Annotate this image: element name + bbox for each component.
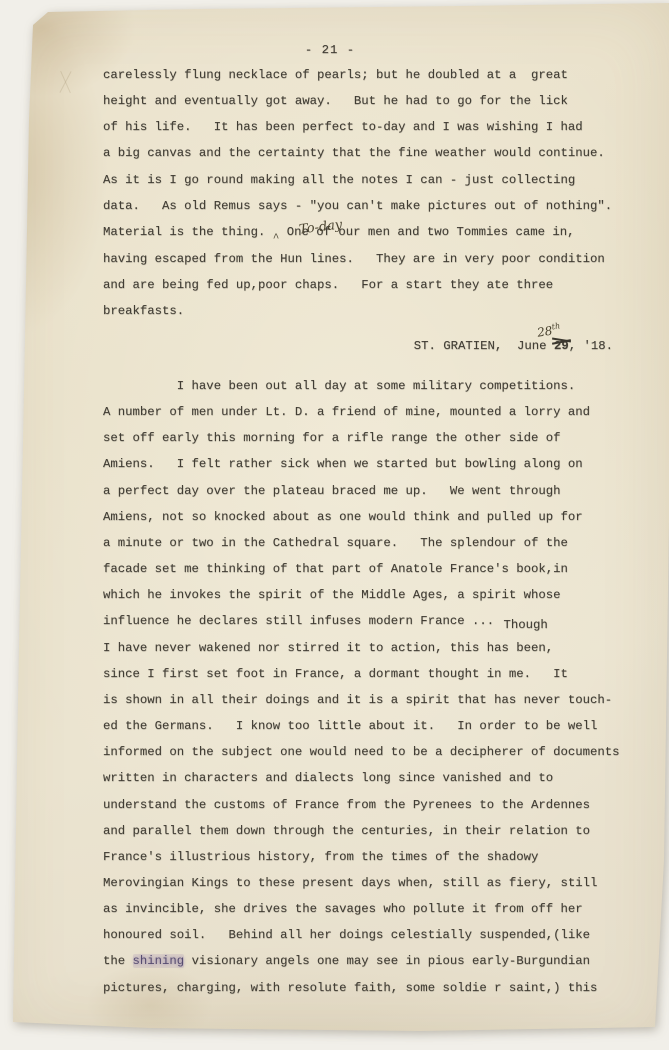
paper-crease-mark <box>58 70 74 94</box>
typed-line: A number of men under Lt. D. a friend of… <box>103 399 620 425</box>
typed-line: and are being fed up,poor chaps. For a s… <box>103 272 612 298</box>
typed-line: ed the Germans. I know too little about … <box>103 713 620 739</box>
text-span: Material is the thing. <box>103 225 273 239</box>
text-span: the <box>103 954 133 968</box>
typed-line: which he invokes the spirit of the Middl… <box>103 582 620 608</box>
typed-line: As it is I go round making all the notes… <box>103 167 612 193</box>
paragraph-two: I have been out all day at some military… <box>103 373 620 1001</box>
typed-line: informed on the subject one would need t… <box>103 739 620 765</box>
typed-line: height and eventually got away. But he h… <box>103 88 612 114</box>
typed-line: as invincible, she drives the savages wh… <box>103 896 620 922</box>
typed-line: Material is the thing. ^ One of our men … <box>103 219 612 246</box>
typed-line: of his life. It has been perfect to-day … <box>103 114 612 140</box>
page-number: - 21 - <box>0 43 660 57</box>
scanned-page: - 21 - carelessly flung necklace of pear… <box>0 0 669 1050</box>
typed-line: Amiens. I felt rather sick when we start… <box>103 451 620 477</box>
typed-line: France's illustrious history, from the t… <box>103 844 620 870</box>
typed-line: and parallel them down through the centu… <box>103 818 620 844</box>
text-span: influence he declares still infuses mode… <box>103 614 501 628</box>
typed-line: having escaped from the Hun lines. They … <box>103 246 612 272</box>
typed-line: is shown in all their doings and it is a… <box>103 687 620 713</box>
dateline: ST. GRATIEN, June 29, '18. <box>103 333 613 359</box>
shifted-word: Though <box>503 618 547 632</box>
typed-line: I have been out all day at some military… <box>103 373 620 399</box>
typed-line: facade set me thinking of that part of A… <box>103 556 620 582</box>
typed-line: Merovingian Kings to these present days … <box>103 870 620 896</box>
typed-line: carelessly flung necklace of pearls; but… <box>103 62 612 88</box>
text-span: ST. GRATIEN, June <box>414 339 554 353</box>
typed-line: understand the customs of France from th… <box>103 792 620 818</box>
paragraph-one: carelessly flung necklace of pearls; but… <box>103 62 612 325</box>
typed-line: pictures, charging, with resolute faith,… <box>103 975 620 1001</box>
typed-line: a minute or two in the Cathedral square.… <box>103 530 620 556</box>
typed-line: breakfasts. <box>103 298 612 324</box>
text-span: visionary angels one may see in pious ea… <box>184 954 590 968</box>
ink-smudged-word: shining <box>133 954 185 968</box>
typed-line: since I first set foot in France, a dorm… <box>103 661 620 687</box>
typed-line: the shining visionary angels one may see… <box>103 948 620 974</box>
typed-line: written in characters and dialects long … <box>103 765 620 791</box>
typed-line: Amiens, not so knocked about as one woul… <box>103 504 620 530</box>
insertion-caret-mark: ^ <box>273 233 280 245</box>
ordinal-suffix: th <box>551 321 561 331</box>
typed-line: set off early this morning for a rifle r… <box>103 425 620 451</box>
typed-line: honoured soil. Behind all her doings cel… <box>103 922 620 948</box>
typed-line: a big canvas and the certainty that the … <box>103 140 612 166</box>
typed-line: a perfect day over the plateau braced me… <box>103 478 620 504</box>
text-span: , '18. <box>569 339 613 353</box>
typed-line: data. As old Remus says - "you can't mak… <box>103 193 612 219</box>
typed-line: I have never wakened nor stirred it to a… <box>103 635 620 661</box>
typed-line: influence he declares still infuses mode… <box>103 608 620 634</box>
